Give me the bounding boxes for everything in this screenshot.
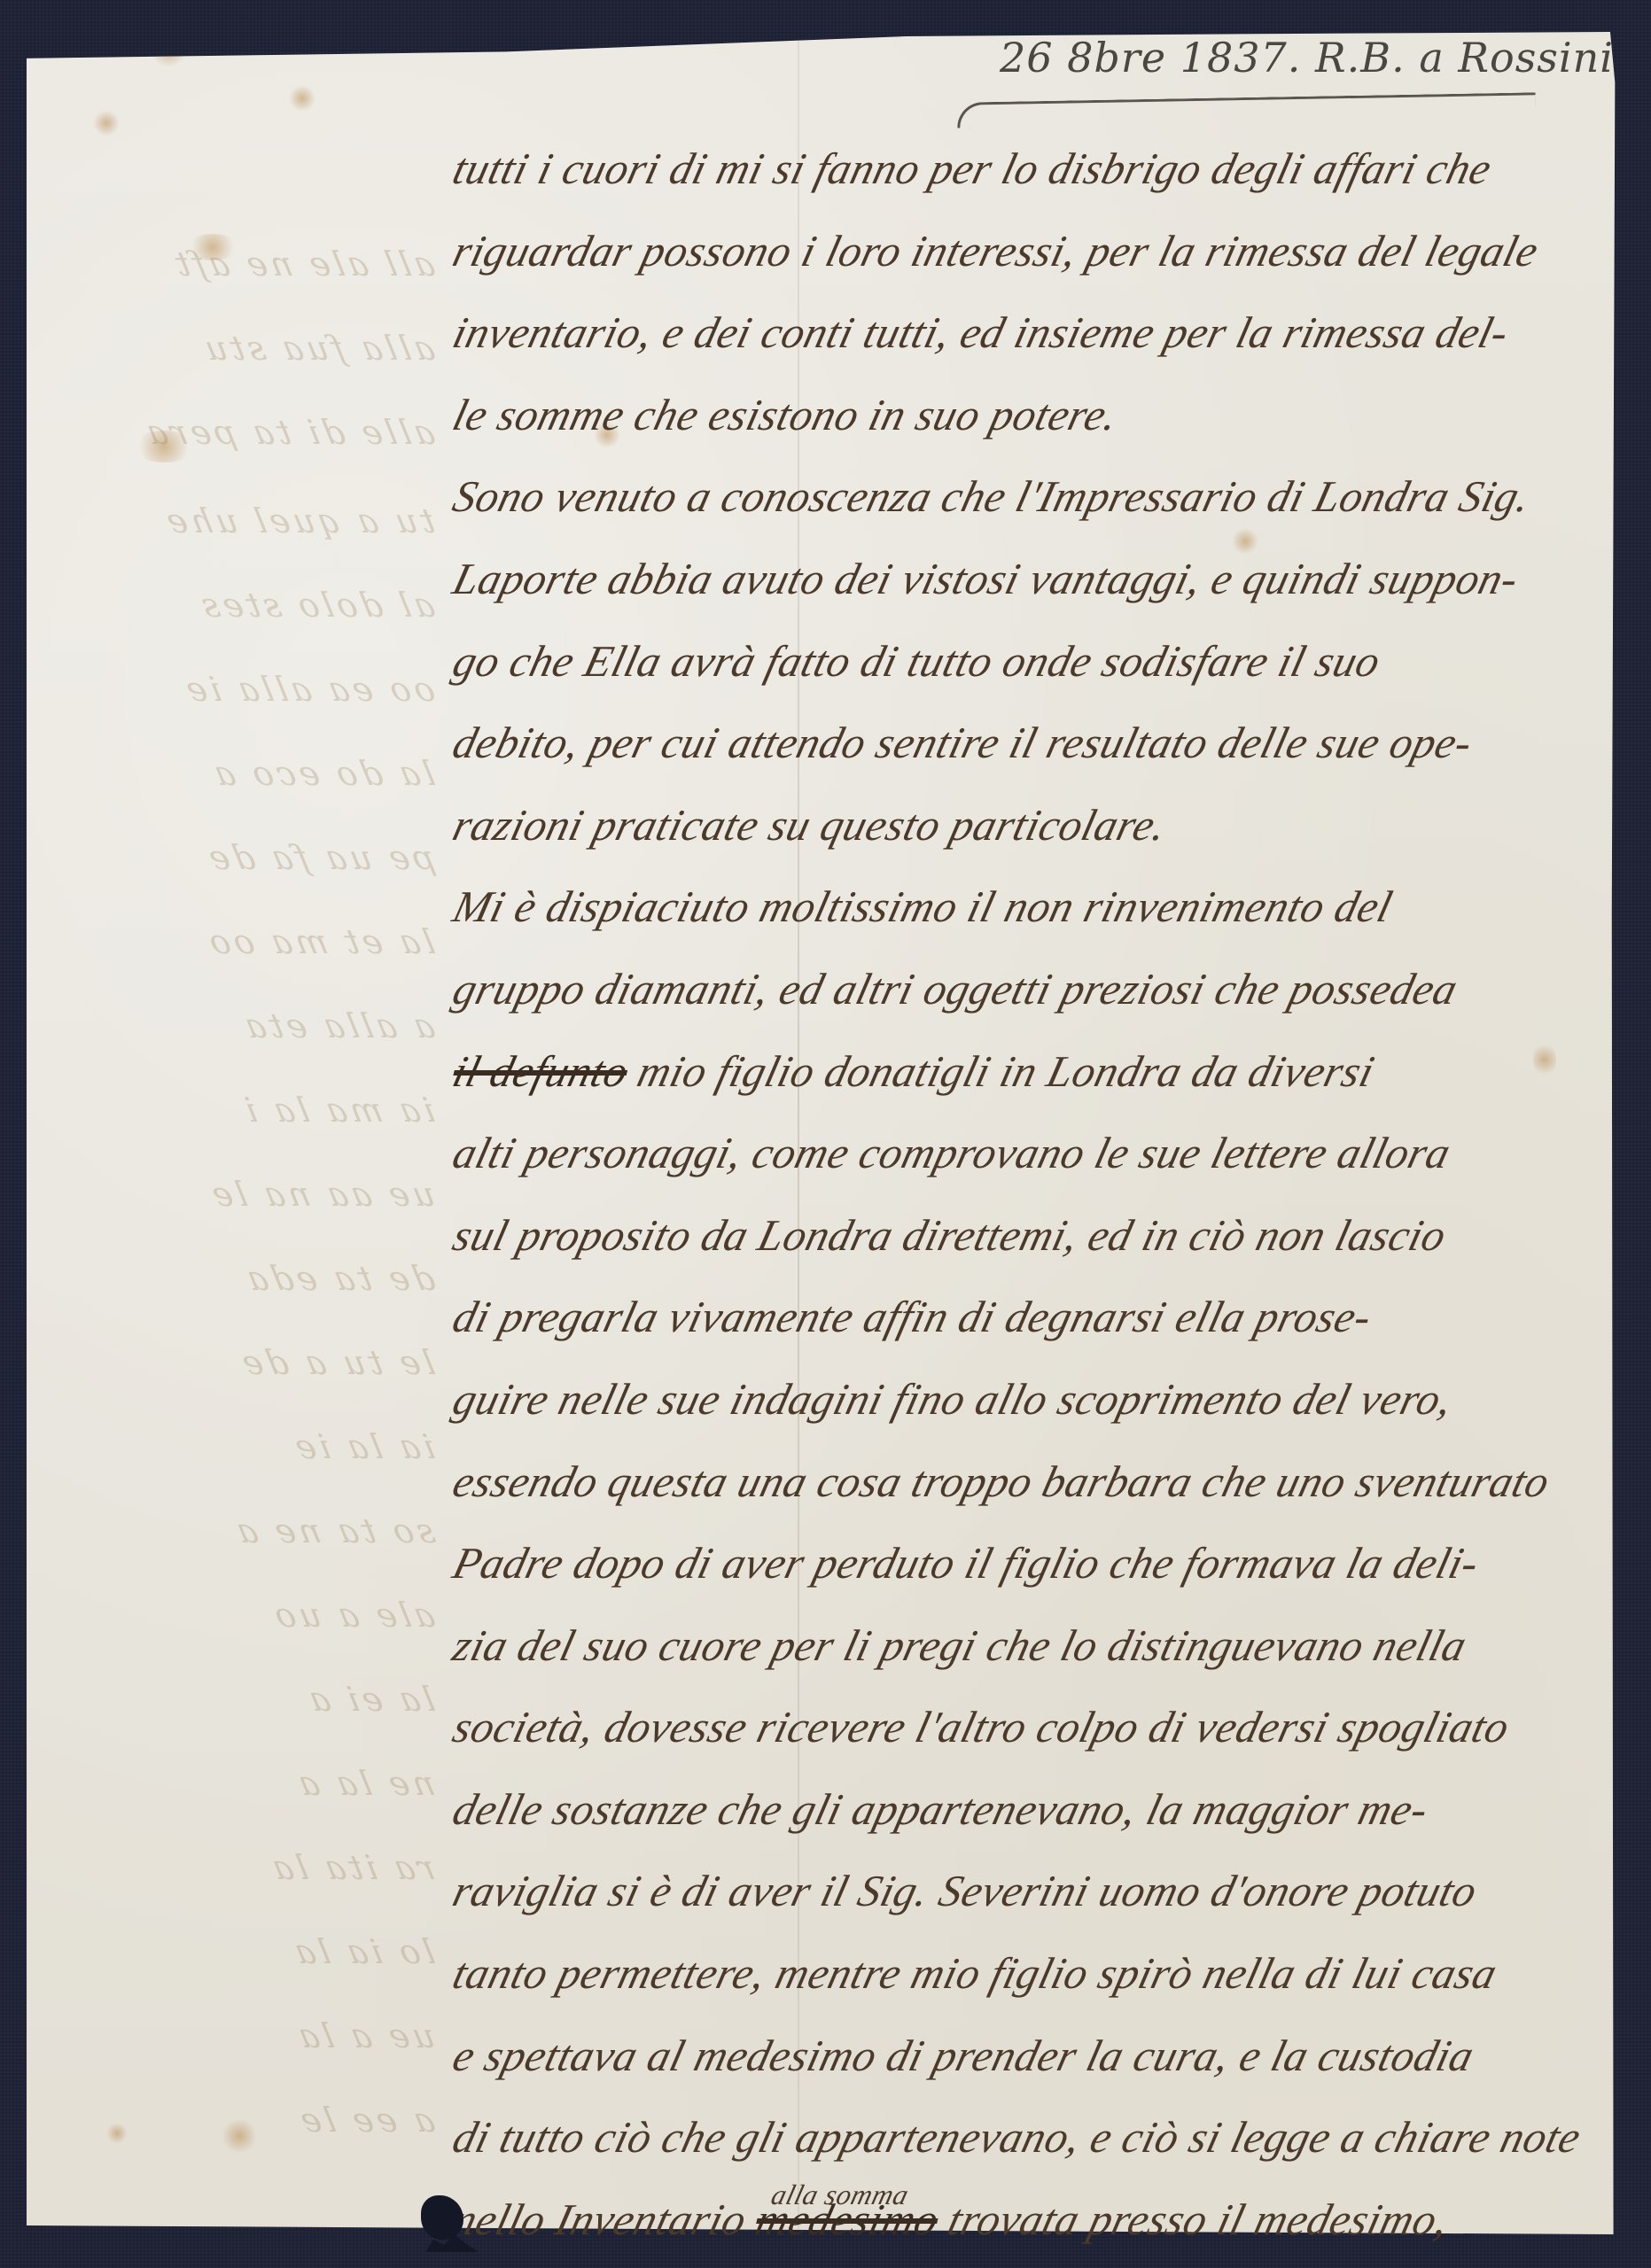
bleed-through-line: al dolo stes bbox=[58, 586, 438, 625]
bleed-through-line: ue a la bbox=[58, 2016, 438, 2055]
bleed-through-line: ia la ie bbox=[58, 1427, 438, 1466]
line-text: mio figlio donatigli in Londra da divers… bbox=[621, 1046, 1380, 1096]
letter-line: Sono venuto a conoscenza che l'Impressar… bbox=[440, 470, 1613, 552]
line-text: trovata presso il medesimo, bbox=[931, 2194, 1453, 2244]
bleed-through-line: ia ma la i bbox=[58, 1091, 438, 1130]
bleed-through-line: all ale ne aft bbox=[58, 245, 438, 283]
letter-line: nello Inventario alla sommamedesimo trov… bbox=[440, 2193, 1613, 2268]
letter-line: di tutto ciò che gli appartenevano, e ci… bbox=[440, 2110, 1613, 2193]
interlinear-insertion: alla somma bbox=[766, 2168, 915, 2221]
letter-line: inventario, e dei conti tutti, ed insiem… bbox=[440, 306, 1613, 388]
letter-line: debito, per cui attendo sentire il resul… bbox=[440, 716, 1613, 798]
letter-line: gruppo diamanti, ed altri oggetti prezio… bbox=[440, 962, 1613, 1045]
letter-line: società, dovesse ricevere l'altro colpo … bbox=[440, 1700, 1613, 1783]
bleed-through-line: ne la a bbox=[58, 1764, 438, 1803]
bleed-through-line: ra ita la bbox=[58, 1848, 438, 1887]
letter-line: Padre dopo di aver perduto il figlio che… bbox=[440, 1536, 1613, 1619]
bleed-through-line: so ta ne a bbox=[58, 1511, 438, 1550]
bleed-through-line: tu a quel uhe bbox=[58, 501, 438, 540]
letter-line: alti personaggi, come comprovano le sue … bbox=[440, 1126, 1613, 1208]
letter-line: go che Ella avrà fatto di tutto onde sod… bbox=[440, 634, 1613, 717]
letter-line: riguardar possono i loro interessi, per … bbox=[440, 224, 1613, 307]
letter-line: guire nelle sue indagini fino allo scopr… bbox=[440, 1372, 1613, 1455]
bleed-through-line: la ei a bbox=[58, 1680, 438, 1719]
archival-annotation: 26 8bre 1837. R.B. a Rossini bbox=[1000, 34, 1614, 82]
foxing-spot bbox=[93, 110, 120, 136]
bleed-through-line: le tu a de bbox=[58, 1343, 438, 1382]
line-text: nello Inventario bbox=[448, 2194, 764, 2244]
bleed-through-line: a alla eta bbox=[58, 1006, 438, 1045]
struck-through-word: il defunto bbox=[448, 1046, 634, 1096]
letter-line: e spettava al medesimo di prender la cur… bbox=[440, 2029, 1613, 2111]
letter-line: Laporte abbia avuto dei vistosi vantaggi… bbox=[440, 552, 1613, 634]
letter-line: razioni praticate su questo particolare. bbox=[440, 798, 1613, 881]
letter-line: zia del suo cuore per li pregi che lo di… bbox=[440, 1619, 1613, 1701]
bleed-through-line: ue aa na le bbox=[58, 1175, 438, 1214]
bleed-through-line: lo ia la bbox=[58, 1932, 438, 1971]
letter-line: di pregarla vivamente affin di degnarsi … bbox=[440, 1290, 1613, 1372]
bleed-through-line: oo ea alla ie bbox=[58, 670, 438, 709]
bleed-through-line: la do eco a bbox=[58, 754, 438, 793]
letter-body: tutti i cuori di mi si fanno per lo disb… bbox=[440, 142, 1593, 2268]
bleed-through-line: la et ma oo bbox=[58, 922, 438, 961]
bleed-through-line: pe ua fa de bbox=[58, 838, 438, 877]
letter-line: il defunto mio figlio donatigli in Londr… bbox=[440, 1045, 1613, 1127]
bleed-through-line: ale a uo bbox=[58, 1596, 438, 1635]
bleed-through-line: a ee le bbox=[58, 2101, 438, 2140]
letter-line: le somme che esistono in suo potere. bbox=[440, 388, 1613, 470]
letter-line: tutti i cuori di mi si fanno per lo disb… bbox=[440, 142, 1613, 224]
letter-line: raviglia si è di aver il Sig. Severini u… bbox=[440, 1864, 1613, 1946]
bleed-through-line: alle di ta pera bbox=[58, 413, 438, 452]
foxing-spot bbox=[289, 85, 315, 112]
letter-line: delle sostanze che gli appartenevano, la… bbox=[440, 1783, 1613, 1865]
letter-line: essendo questa una cosa troppo barbara c… bbox=[440, 1455, 1613, 1537]
bleed-through-line: de ta eda bbox=[58, 1259, 438, 1298]
bleed-through-line: alla fua stu bbox=[58, 329, 438, 368]
letter-line: tanto permettere, mentre mio figlio spir… bbox=[440, 1946, 1613, 2029]
letter-line: sul proposito da Londra direttemi, ed in… bbox=[440, 1208, 1613, 1291]
letter-line: Mi è dispiaciuto moltissimo il non rinve… bbox=[440, 880, 1613, 962]
